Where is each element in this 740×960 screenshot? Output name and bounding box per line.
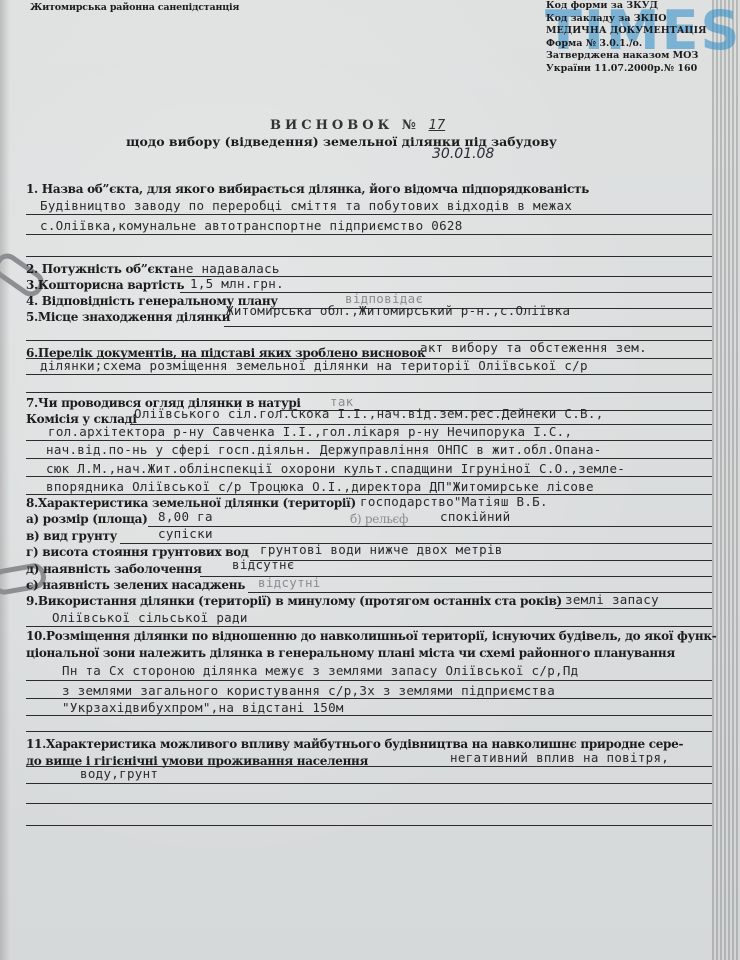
section-9-label: 9.Використання ділянки (території) в мин… (26, 594, 562, 608)
section-8f-label: є) наявність зелених насаджень (26, 578, 245, 592)
form-code-line: Код форми за ЗКУД (546, 0, 707, 13)
section-10-value: Пн та Сх стороною ділянка межує з землям… (62, 663, 579, 678)
fill-line (26, 680, 712, 681)
commission-value: Оліївського сіл.гол.Скока І.І.,нач.від.з… (134, 406, 604, 421)
section-8a-label: а) розмір (площа) (26, 512, 148, 526)
section-8b-label: б) рельєф (350, 512, 408, 526)
document-number: 17 (429, 118, 446, 133)
form-code-line: МЕДИЧНА ДОКУМЕНТАЦІЯ (546, 25, 707, 38)
section-8e-label: д) наявність заболочення (26, 562, 202, 576)
fill-line (26, 731, 712, 732)
section-11-label: 11.Характеристика можливого впливу майбу… (26, 737, 683, 751)
form-code-line: України 11.07.2000р.№ 160 (546, 63, 707, 76)
fill-line (26, 374, 712, 375)
fill-line (26, 825, 712, 826)
section-5-value: Житомирська обл.,Житомирський р-н.,с.Олі… (226, 303, 570, 318)
fill-line (26, 476, 712, 477)
fill-line (26, 256, 712, 257)
title-text: ВИСНОВОК № (270, 118, 420, 133)
commission-value: господарство"Матіяш В.Б. (360, 494, 548, 509)
section-10-value: з землями загального користування с/р,Зх… (62, 683, 555, 698)
section-10-label: 10.Розміщення ділянки по відношенню до н… (26, 629, 716, 643)
section-10-label: ціональної зони належить ділянка в генер… (26, 646, 675, 660)
section-10-value: "Укрзахідвибухпром",на відстані 150м (62, 700, 344, 715)
section-8d-label: г) висота стояння грунтових вод (26, 545, 249, 559)
section-1-value: с.Оліївка,комунальне автотранспортне під… (40, 218, 463, 233)
document-title: ВИСНОВОК № 17 (270, 118, 445, 133)
section-8-label: 8.Характеристика земельної ділянки (тери… (26, 496, 356, 510)
section-8c-label: в) вид грунту (26, 529, 117, 543)
section-11-value: негативний вплив на повітря, (450, 750, 669, 765)
commission-value: гол.архітектора р-ну Савченка І.І.,гол.л… (48, 424, 572, 439)
fill-line (250, 560, 712, 561)
fill-line (26, 715, 712, 716)
section-8b-value: спокійний (440, 509, 510, 524)
section-8e-value: відсутнє (232, 557, 295, 572)
organization-name: Житомирська районна санепідстанція (30, 2, 239, 13)
commission-value: впорядника Оліївської с/р Троцюка О.І.,д… (46, 479, 594, 494)
section-8f-value: відсутні (258, 575, 321, 590)
fill-line (26, 392, 712, 393)
fill-line (224, 326, 712, 327)
section-9-value: землі запасу (565, 592, 659, 607)
section-3-label: 3.Кошторисна вартість (26, 278, 184, 292)
section-11-value: воду,грунт (80, 766, 158, 781)
form-code-line: Код закладу за ЗКПО (546, 13, 707, 26)
page-left-edge (0, 0, 10, 960)
fill-line (180, 292, 712, 293)
section-2-value: не надавалась (178, 261, 280, 276)
fill-line (26, 698, 712, 699)
section-2-label: 2. Потужність об”єкта (26, 262, 177, 276)
section-1-label: 1. Назва об”єкта, для якого вибирається … (26, 182, 589, 196)
section-8c-value: супіски (158, 526, 213, 541)
fill-line (26, 214, 712, 215)
commission-value: нач.від.по-нь у сфері госп.діяльн. Держу… (46, 442, 602, 457)
commission-value: сюк Л.М.,нач.Жит.облінспекції охорони ку… (46, 461, 625, 476)
form-code-block: Код форми за ЗКУД Код закладу за ЗКПО МЕ… (546, 0, 707, 75)
form-code-line: Форма № 3.0.1./о. (546, 38, 707, 51)
section-3-value: 1,5 млн.грн. (190, 276, 284, 291)
fill-line (26, 458, 712, 459)
section-8d-value: грунтові води нижче двох метрів (260, 542, 503, 557)
section-6-value: акт вибору та обстеження зем. (420, 340, 647, 355)
fill-line (148, 526, 712, 527)
section-9-value: Оліївської сільської ради (52, 610, 248, 625)
fill-line (26, 626, 712, 627)
fill-line (26, 234, 712, 235)
fill-line (555, 608, 712, 609)
fill-line (26, 803, 712, 804)
section-8a-value: 8,00 га (158, 509, 213, 524)
fill-line (26, 783, 712, 784)
section-1-value: Будівництво заводу по переробці сміття т… (40, 198, 572, 213)
section-6-value: ділянки;схема розміщення земельної ділян… (40, 358, 588, 373)
fill-line (26, 440, 712, 441)
section-5-label: 5.Місце знаходження ділянки (26, 310, 230, 324)
document-date: 30.01.08 (432, 146, 494, 162)
scan-edge-artifact (712, 0, 740, 960)
